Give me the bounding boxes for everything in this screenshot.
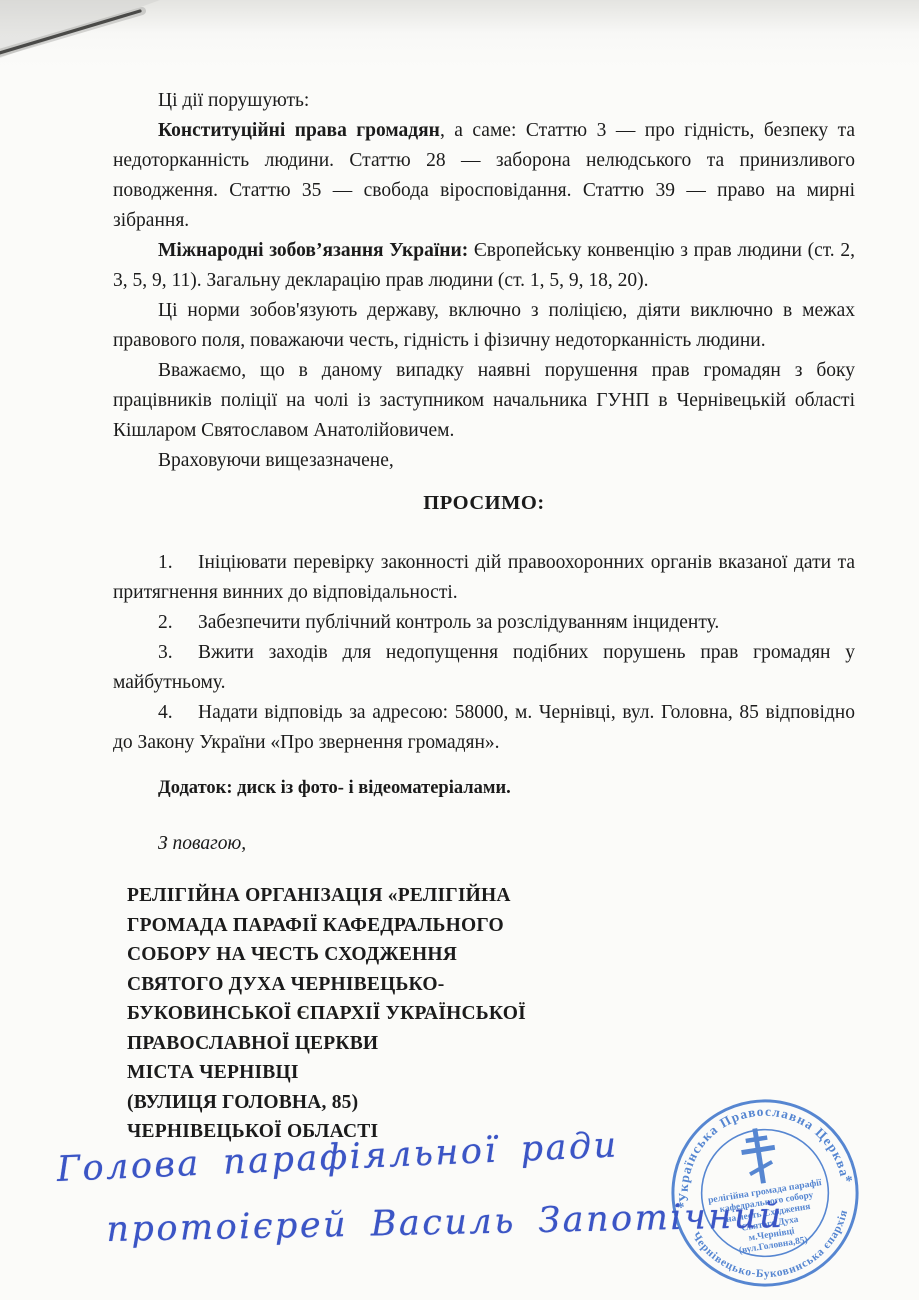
paragraph-lead-bold: Міжнародні зобов’язання України: bbox=[158, 240, 468, 261]
list-item: 1.Ініціювати перевірку законності дій пр… bbox=[113, 548, 855, 608]
orthodox-cross-icon bbox=[738, 1126, 780, 1186]
request-list: 1.Ініціювати перевірку законності дій пр… bbox=[113, 548, 855, 758]
list-item-number: 1. bbox=[158, 548, 198, 578]
paragraph-text: Ці дії порушують: bbox=[158, 90, 309, 111]
attachment-note: Додаток: диск із фото- і відеоматеріалам… bbox=[113, 773, 855, 803]
paragraph-text: Вважаємо, що в даному випадку наявні пор… bbox=[113, 360, 855, 441]
org-name-line: БУКОВИНСЬКОЇ ЄПАРХІЇ УКРАЇНСЬКОЇ bbox=[127, 999, 855, 1029]
scan-corner-artifact bbox=[0, 0, 220, 75]
closing-salutation: З повагою, bbox=[113, 829, 855, 859]
paragraph-violations-statement: Вважаємо, що в даному випадку наявні пор… bbox=[113, 356, 855, 446]
request-heading: ПРОСИМО: bbox=[113, 488, 855, 518]
scanned-document-page: Ці дії порушують: Конституційні права гр… bbox=[0, 0, 919, 1300]
church-seal-stamp: Українська Православна Церква Чернівецьк… bbox=[652, 1080, 879, 1300]
stamp-star-right: * bbox=[844, 1173, 854, 1190]
list-item: 2.Забезпечити публічний контроль за розс… bbox=[113, 608, 855, 638]
letter-body: Ці дії порушують: Конституційні права гр… bbox=[113, 86, 855, 1147]
list-item-text: Надати відповідь за адресою: 58000, м. Ч… bbox=[113, 702, 855, 753]
list-item-number: 4. bbox=[158, 698, 198, 728]
paragraph-legal-norms: Ці норми зобов'язують державу, включно з… bbox=[113, 296, 855, 356]
org-name-line: РЕЛІГІЙНА ОРГАНІЗАЦІЯ «РЕЛІГІЙНА bbox=[127, 881, 855, 911]
paragraph-constitutional-rights: Конституційні права громадян, а саме: Ст… bbox=[113, 116, 855, 236]
list-item: 3.Вжити заходів для недопущення подібних… bbox=[113, 638, 855, 698]
paragraph-text: Враховуючи вищезазначене, bbox=[158, 450, 394, 471]
paragraph-considering: Враховуючи вищезазначене, bbox=[113, 446, 855, 476]
org-name-line: МІСТА ЧЕРНІВЦІ bbox=[127, 1058, 855, 1088]
paragraph-international-obligations: Міжнародні зобов’язання України: Європей… bbox=[113, 236, 855, 296]
org-name-line: СОБОРУ НА ЧЕСТЬ СХОДЖЕННЯ bbox=[127, 940, 855, 970]
org-name-line: ГРОМАДА ПАРАФІЇ КАФЕДРАЛЬНОГО bbox=[127, 911, 855, 941]
list-item-text: Вжити заходів для недопущення подібних п… bbox=[113, 642, 855, 693]
paragraph-text: Ці норми зобов'язують державу, включно з… bbox=[113, 300, 855, 351]
paragraph-intro: Ці дії порушують: bbox=[113, 86, 855, 116]
list-item-number: 2. bbox=[158, 608, 198, 638]
list-item-text: Ініціювати перевірку законності дій прав… bbox=[113, 552, 855, 603]
paragraph-lead-bold: Конституційні права громадян bbox=[158, 120, 440, 141]
org-name-line: ПРАВОСЛАВНОЇ ЦЕРКВИ bbox=[127, 1029, 855, 1059]
org-name-line: СВЯТОГО ДУХА ЧЕРНІВЕЦЬКО- bbox=[127, 970, 855, 1000]
list-item: 4.Надати відповідь за адресою: 58000, м.… bbox=[113, 698, 855, 758]
list-item-text: Забезпечити публічний контроль за розслі… bbox=[198, 612, 719, 633]
list-item-number: 3. bbox=[158, 638, 198, 668]
